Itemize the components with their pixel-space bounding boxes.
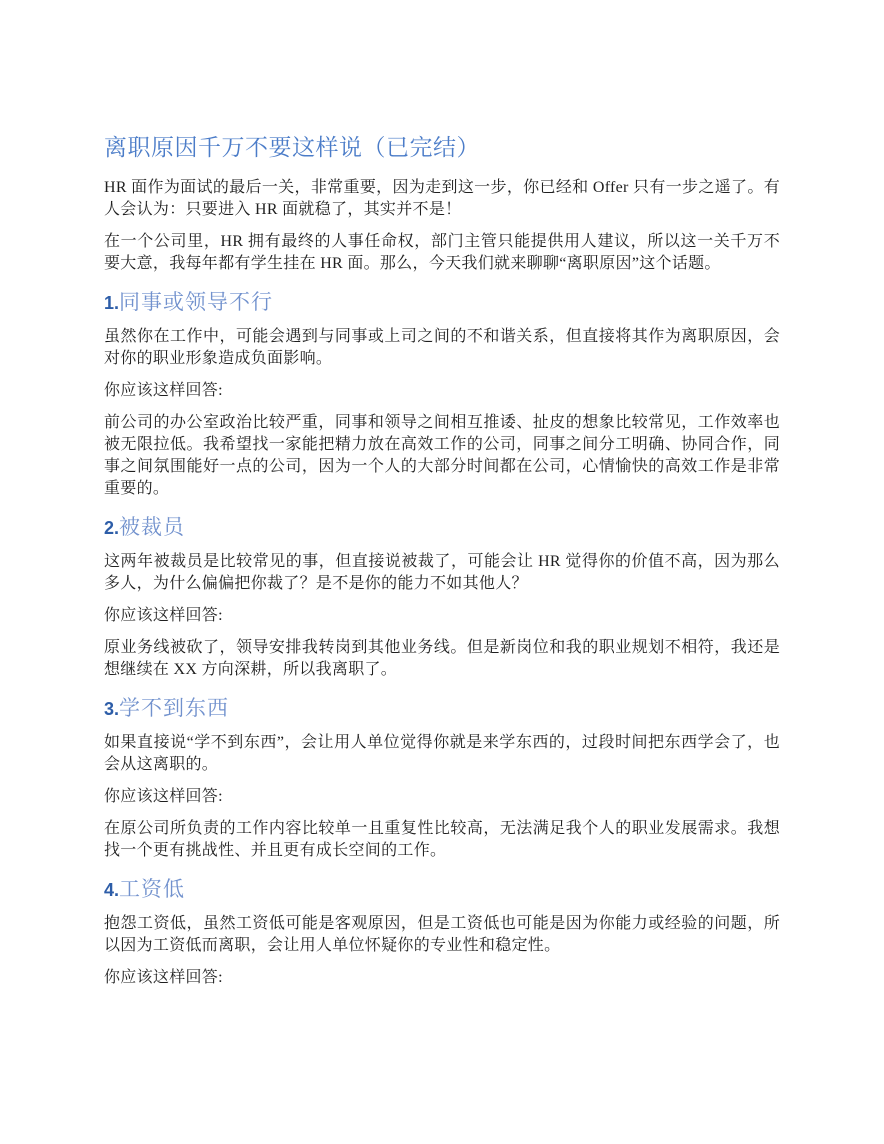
answer-prompt: 你应该这样回答: — [104, 786, 780, 808]
section-heading: 4.工资低 — [104, 876, 780, 903]
section-heading: 1.同事或领导不行 — [104, 289, 780, 316]
section-heading-text: 工资低 — [119, 877, 185, 901]
answer-prompt: 你应该这样回答: — [104, 605, 780, 627]
answer-paragraph: 前公司的办公室政治比较严重，同事和领导之间相互推诿、扯皮的想象比较常见，工作效率… — [104, 412, 780, 500]
section: 1.同事或领导不行 虽然你在工作中，可能会遇到与同事或上司之间的不和谐关系，但直… — [104, 289, 780, 500]
problem-paragraph: 这两年被裁员是比较常见的事，但直接说被裁了，可能会让 HR 觉得你的价值不高，因… — [104, 551, 780, 595]
problem-paragraph: 抱怨工资低，虽然工资低可能是客观原因，但是工资低也可能是因为你能力或经验的问题，… — [104, 913, 780, 957]
document-page: 离职原因千万不要这样说（已完结） HR 面作为面试的最后一关，非常重要，因为走到… — [0, 0, 884, 1144]
section-heading: 3.学不到东西 — [104, 695, 780, 722]
intro-paragraph: HR 面作为面试的最后一关，非常重要，因为走到这一步，你已经和 Offer 只有… — [104, 177, 780, 221]
problem-paragraph: 如果直接说“学不到东西”，会让用人单位觉得你就是来学东西的，过段时间把东西学会了… — [104, 732, 780, 776]
section-heading-text: 同事或领导不行 — [119, 290, 273, 314]
answer-paragraph: 在原公司所负责的工作内容比较单一且重复性比较高，无法满足我个人的职业发展需求。我… — [104, 818, 780, 862]
answer-prompt: 你应该这样回答: — [104, 380, 780, 402]
section-number: 2. — [104, 518, 119, 538]
section: 2.被裁员 这两年被裁员是比较常见的事，但直接说被裁了，可能会让 HR 觉得你的… — [104, 514, 780, 681]
problem-paragraph: 虽然你在工作中，可能会遇到与同事或上司之间的不和谐关系，但直接将其作为离职原因，… — [104, 326, 780, 370]
section-heading: 2.被裁员 — [104, 514, 780, 541]
answer-prompt: 你应该这样回答: — [104, 967, 780, 989]
document-title: 离职原因千万不要这样说（已完结） — [104, 133, 780, 163]
section: 4.工资低 抱怨工资低，虽然工资低可能是客观原因，但是工资低也可能是因为你能力或… — [104, 876, 780, 989]
section: 3.学不到东西 如果直接说“学不到东西”，会让用人单位觉得你就是来学东西的，过段… — [104, 695, 780, 862]
answer-paragraph: 原业务线被砍了，领导安排我转岗到其他业务线。但是新岗位和我的职业规划不相符，我还… — [104, 637, 780, 681]
section-number: 3. — [104, 699, 119, 719]
intro-paragraph: 在一个公司里，HR 拥有最终的人事任命权，部门主管只能提供用人建议，所以这一关千… — [104, 231, 780, 275]
section-heading-text: 被裁员 — [119, 515, 185, 539]
section-number: 4. — [104, 880, 119, 900]
section-number: 1. — [104, 293, 119, 313]
section-heading-text: 学不到东西 — [119, 696, 229, 720]
